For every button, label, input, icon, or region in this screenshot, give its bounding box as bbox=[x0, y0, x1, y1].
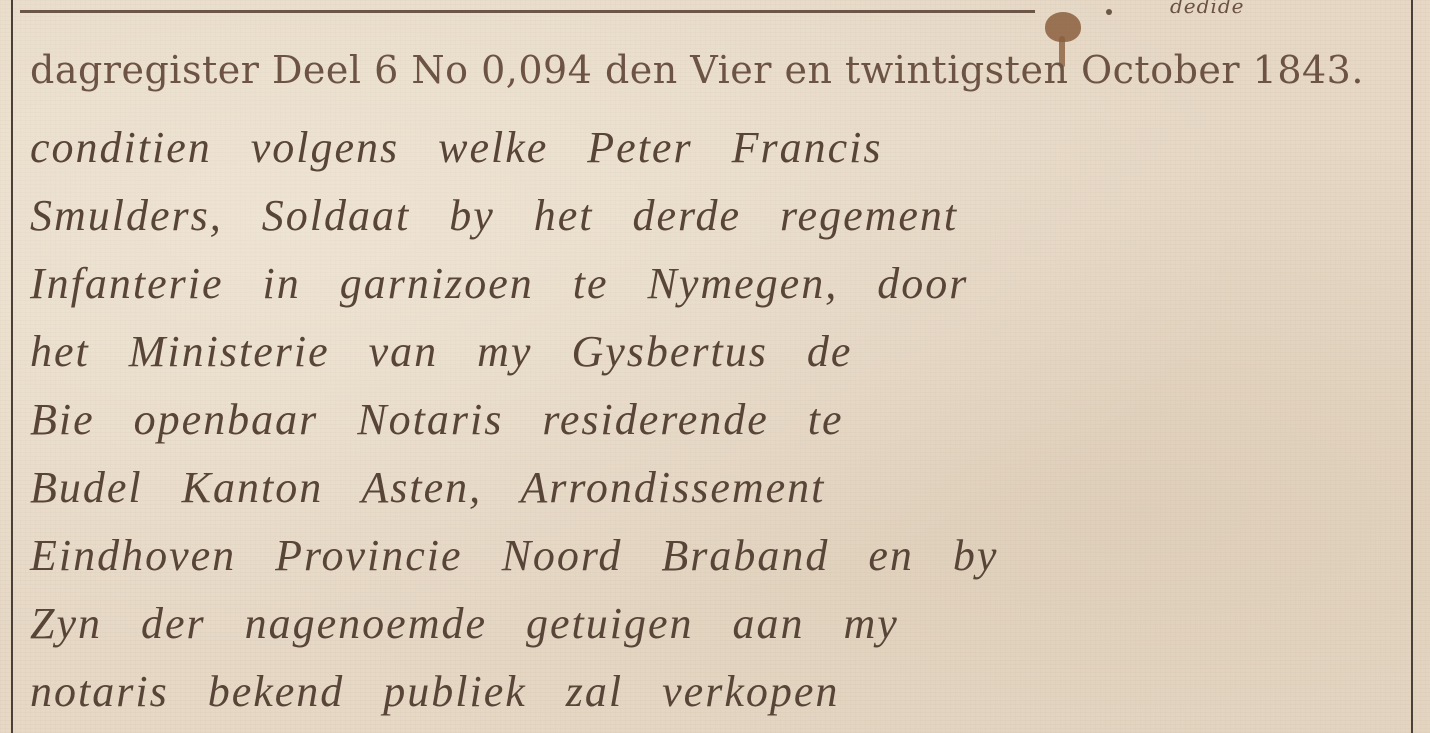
text-line-3: Infanterie in garnizoen te Nymegen, door bbox=[30, 256, 1400, 324]
left-margin-rule bbox=[11, 0, 13, 733]
top-rule bbox=[20, 10, 1035, 13]
text-line-7: Eindhoven Provincie Noord Braband en by bbox=[30, 528, 1400, 596]
manuscript-text: dagregister Deel 6 No 0,094 den Vier en … bbox=[30, 40, 1400, 732]
text-line-1: conditien volgens welke Peter Francis bbox=[30, 120, 1400, 188]
text-line-4: het Ministerie van my Gysbertus de bbox=[30, 324, 1400, 392]
text-line-8: Zyn der nagenoemde getuigen aan my bbox=[30, 596, 1400, 664]
text-line-9: notaris bekend publiek zal verkopen bbox=[30, 664, 1400, 732]
text-line-5: Bie openbaar Notaris residerende te bbox=[30, 392, 1400, 460]
text-line-6: Budel Kanton Asten, Arrondissement bbox=[30, 460, 1400, 528]
right-margin-rule bbox=[1411, 0, 1413, 733]
document-heading: dagregister Deel 6 No 0,094 den Vier en … bbox=[30, 40, 1400, 120]
text-line-2: Smulders, Soldaat by het derde regement bbox=[30, 188, 1400, 256]
ink-dot bbox=[1106, 9, 1112, 15]
margin-note: dedide bbox=[1170, 0, 1244, 18]
